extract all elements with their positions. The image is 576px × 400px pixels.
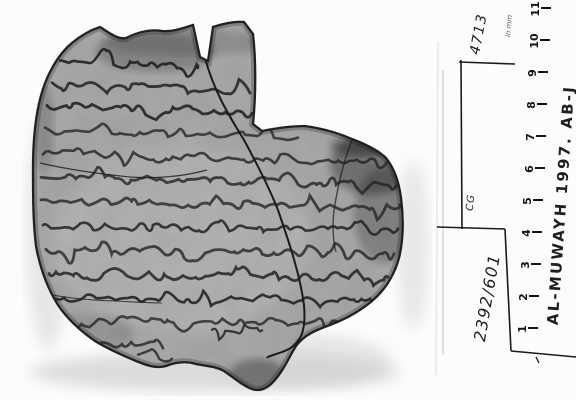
photo-stage: 4713 in mm CG 2392/601 AL-MUWAYH 1997. A…: [0, 0, 576, 400]
ruler-tick: [536, 135, 546, 137]
ruler-number: 4: [519, 222, 533, 244]
ruler-tick: [540, 39, 550, 41]
ruler-number: 10: [527, 30, 541, 52]
ruler-tick: [538, 71, 548, 73]
ruler-number: 2: [516, 286, 530, 308]
ostracon: [31, 22, 414, 393]
ruler-tick: [533, 199, 543, 201]
artifact-photo: [0, 0, 576, 400]
ruler-tick: [528, 327, 538, 329]
ruler-tick: [532, 231, 542, 233]
ruler-tick: [535, 167, 545, 169]
ruler-tick: [531, 263, 541, 265]
ruler-tick: [529, 295, 539, 297]
ruler-number: 7: [523, 126, 537, 148]
ruler-tick: [541, 7, 551, 9]
ruler-number: 5: [520, 190, 534, 212]
ruler-number: 1: [515, 318, 529, 340]
ruler-number: 11: [528, 0, 542, 20]
ruler-number: 3: [518, 254, 532, 276]
ruler-number: 9: [525, 62, 539, 84]
ruler-number: 8: [524, 94, 538, 116]
ruler-number: 6: [522, 158, 536, 180]
ruler-tick: [537, 103, 547, 105]
